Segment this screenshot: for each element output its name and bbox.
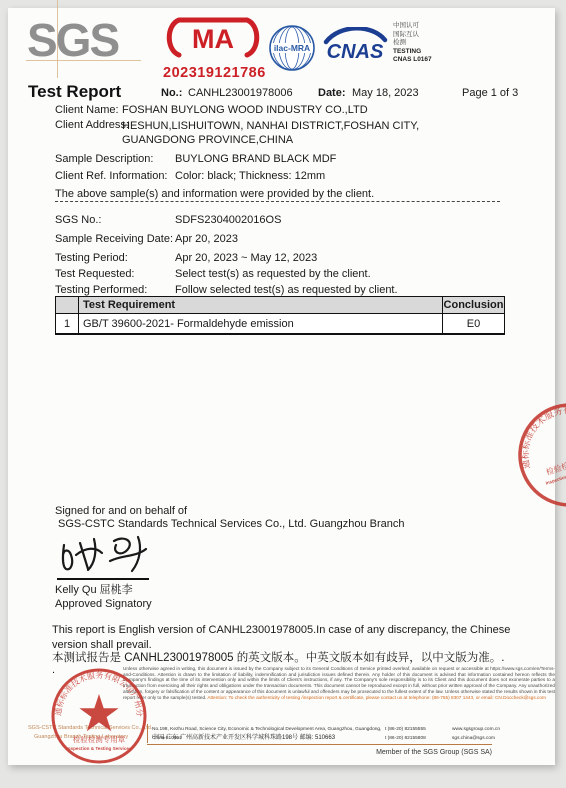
client-name-value: FOSHAN BUYLONG WOOD INDUSTRY CO.,LTD [122,104,368,117]
table-row-conclusion: E0 [443,314,504,333]
accreditation-line: CNAS L0167 [393,56,432,65]
info-label: Test Requested: [55,268,135,281]
table-header-conclusion: Conclusion [443,297,504,314]
page-title: Test Report [28,82,121,102]
cnas-swoosh-icon: CNAS [322,27,388,65]
info-label: Sample Receiving Date: [55,233,173,246]
table-row-requirement: GB/T 39600-2021- Formaldehyde emission [79,314,443,333]
report-date-label: Date: [318,87,346,100]
dashed-separator [55,201,500,202]
info-value: SDFS2304002016OS [175,214,281,227]
signed-for-line: Signed for and on behalf of [55,505,187,518]
client-ref-value: Color: black; Thickness: 12mm [175,170,325,183]
sample-note: The above sample(s) and information were… [55,188,374,201]
report-date-value: May 18, 2023 [352,87,419,100]
signature-company: SGS-CSTC Standards Technical Services Co… [58,518,404,531]
scanned-test-report: SGS MA 202319121786 ilac-MRA CNAS 中国认可 国… [0,0,566,788]
accreditation-line: TESTING [393,48,432,57]
client-ref-label: Client Ref. Information: [55,170,168,183]
svg-text:ilac-MRA: ilac-MRA [274,43,310,53]
info-value: Apr 20, 2023 ~ May 12, 2023 [175,252,317,265]
version-note-zh: 本测试报告是 CANHL23001978005 的英文版本。中英文版本如有歧异，… [52,651,532,665]
sample-description-label: Sample Description: [55,153,153,166]
accreditation-block: 中国认可 国际互认 检测 TESTING CNAS L0167 [393,22,432,65]
signature-image [58,531,158,576]
cma-shape-icon: MA [163,14,263,60]
accreditation-line: 检测 [393,39,432,48]
cnas-logo: CNAS [322,27,388,65]
cma-number: 202319121786 [163,65,263,81]
table-header-requirement: Test Requirement [79,297,443,314]
info-value: Select test(s) as requested by the clien… [175,268,371,281]
info-value: Apr 20, 2023 [175,233,238,246]
footer-divider-vertical [147,724,148,743]
page-number: Page 1 of 3 [462,87,518,100]
svg-text:MA: MA [192,24,234,54]
svg-text:检验检测专用章: 检验检测专用章 [73,734,126,744]
signatory-name: Kelly Qu 屈桃李 [55,584,133,597]
footer-tel2: t (86-20) 82155808 [385,734,426,743]
footer-divider-horizontal [147,744,492,745]
footer-tel1: t (86-20) 82155555 [385,725,426,734]
accreditation-line: 国际互认 [393,31,432,40]
attention-text: Attention: To check the authenticity of … [207,695,545,700]
info-label: SGS No.: [55,214,101,227]
cma-logo: MA 202319121786 [163,14,263,78]
footer-disclaimer: Unless otherwise agreed in writing, this… [123,666,555,700]
footer-website: www.sgsgroup.com.cn [452,725,500,734]
red-stamp-left-icon: 通标标准技术服务有限公司广州分公司 检验检测专用章 Inspection & T… [47,664,152,769]
info-label: Testing Period: [55,252,128,265]
footer-address-zh: 中国·广东·广州高新技术产业开发区科学城科珠路198号 邮编: 510663 [152,734,382,743]
member-line: Member of the SGS Group (SGS SA) [308,749,492,756]
client-name-label: Client Name: [55,104,119,117]
footer-email: sgs.china@sgs.com [452,734,495,743]
ilac-globe-icon: ilac-MRA [268,24,316,72]
report-no-label: No.: [161,87,182,100]
report-no-value: CANHL23001978006 [188,87,293,100]
version-note-en: This report is English version of CANHL2… [52,623,526,653]
svg-text:CNAS: CNAS [327,41,384,63]
signatory-role: Approved Signatory [55,598,152,611]
svg-text:检验检测专用章: 检验检测专用章 [545,450,566,477]
client-address-label: Client Address: [55,119,129,132]
client-address-value: HESHUN,LISHUITOWN, NANHAI DISTRICT,FOSHA… [122,119,452,147]
stamp-star-icon [79,694,118,731]
table-row-no: 1 [56,314,79,333]
sample-description-value: BUYLONG BRAND BLACK MDF [175,153,336,166]
sgs-logo: SGS [27,17,118,63]
accreditation-line: 中国认可 [393,22,432,31]
results-table: Test Requirement Conclusion 1 GB/T 39600… [55,296,505,335]
table-header-no [56,297,79,314]
red-stamp-right-icon: 通标标准技术服务有限公司广州分公司 检验检测专用章 Inspection & T… [505,395,566,520]
svg-text:Inspection & Testing Services: Inspection & Testing Services [66,746,131,751]
signature-line [57,578,149,580]
ilac-mra-logo: ilac-MRA [268,24,316,72]
